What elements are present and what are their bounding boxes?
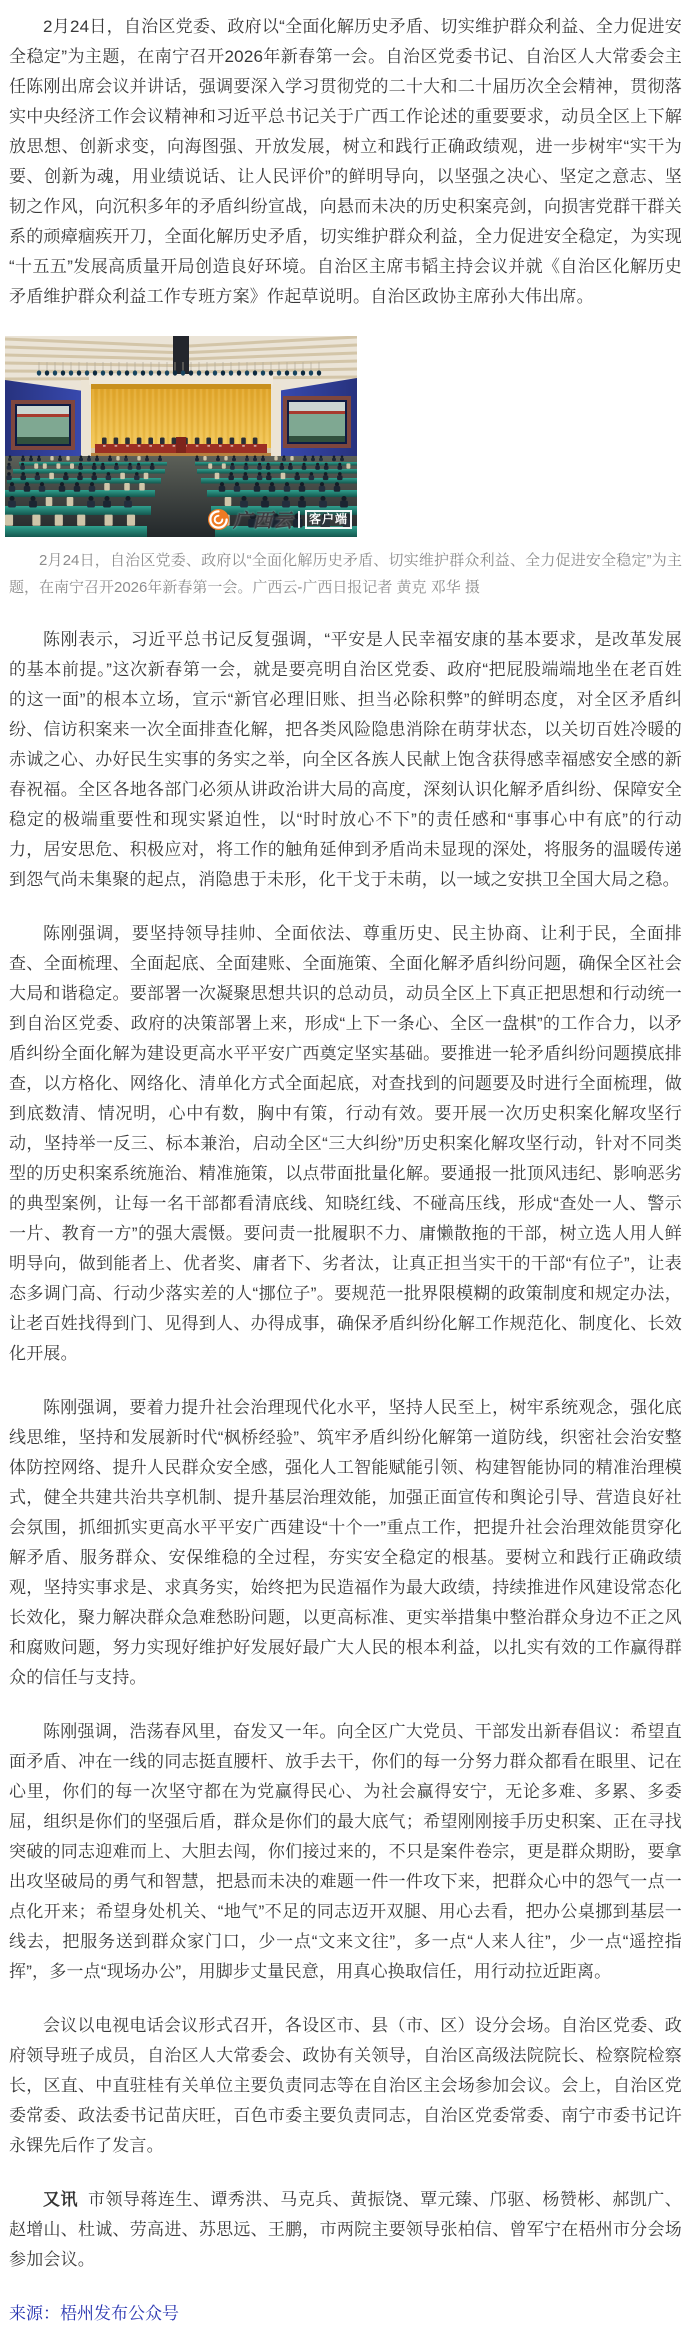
paragraph-emphasis-1: 陈刚强调，要坚持领导挂帅、全面依法、尊重历史、民主协商、让利于民，全面排查、全面… [9,919,682,1369]
source-line: 来源：梧州发布公众号 [9,2299,682,2329]
article-page: 2月24日，自治区党委、政府以“全面化解历史矛盾、切实维护群众利益、全力促进安全… [0,0,691,2337]
photo-caption: 2月24日，自治区党委、政府以“全面化解历史矛盾、切实维护群众利益、全力促进安全… [9,547,682,601]
paragraph-meeting-format: 会议以电视电话会议形式召开，各设区市、县（市、区）设分会场。自治区党委、政府领导… [9,2011,682,2161]
paragraph-remarks: 陈刚表示，习近平总书记反复强调，“平安是人民幸福安康的基本要求，是改革发展的基本… [9,625,682,895]
paragraph-emphasis-2: 陈刚强调，要着力提升社会治理现代化水平，坚持人民至上，树牢系统观念，强化底线思维… [9,1393,682,1693]
photo-figure: 广西云 客户端 2月24日，自治区党委、政府以“全面化解历史矛盾、切实维护群众利… [5,336,682,601]
paragraph-emphasis-3: 陈刚强调，浩荡春风里，奋发又一年。向全区广大党员、干部发出新春倡议：希望直面矛盾… [9,1717,682,1987]
paragraph-lead: 2月24日，自治区党委、政府以“全面化解历史矛盾、切实维护群众利益、全力促进安全… [9,12,682,312]
dispatch-paragraph: 又讯市领导蒋连生、谭秀洪、马克兵、黄振饶、覃元臻、邝驱、杨赞彬、郝凯广、赵增山、… [9,2185,682,2275]
source-link[interactable]: 来源：梧州发布公众号 [9,2304,179,2323]
dispatch-text: 市领导蒋连生、谭秀洪、马克兵、黄振饶、覃元臻、邝驱、杨赞彬、郝凯广、赵增山、杜诚… [9,2190,682,2269]
conference-photo[interactable]: 广西云 客户端 [5,336,357,537]
conference-hall-illustration [5,336,357,537]
dispatch-label: 又讯 [43,2190,78,2209]
